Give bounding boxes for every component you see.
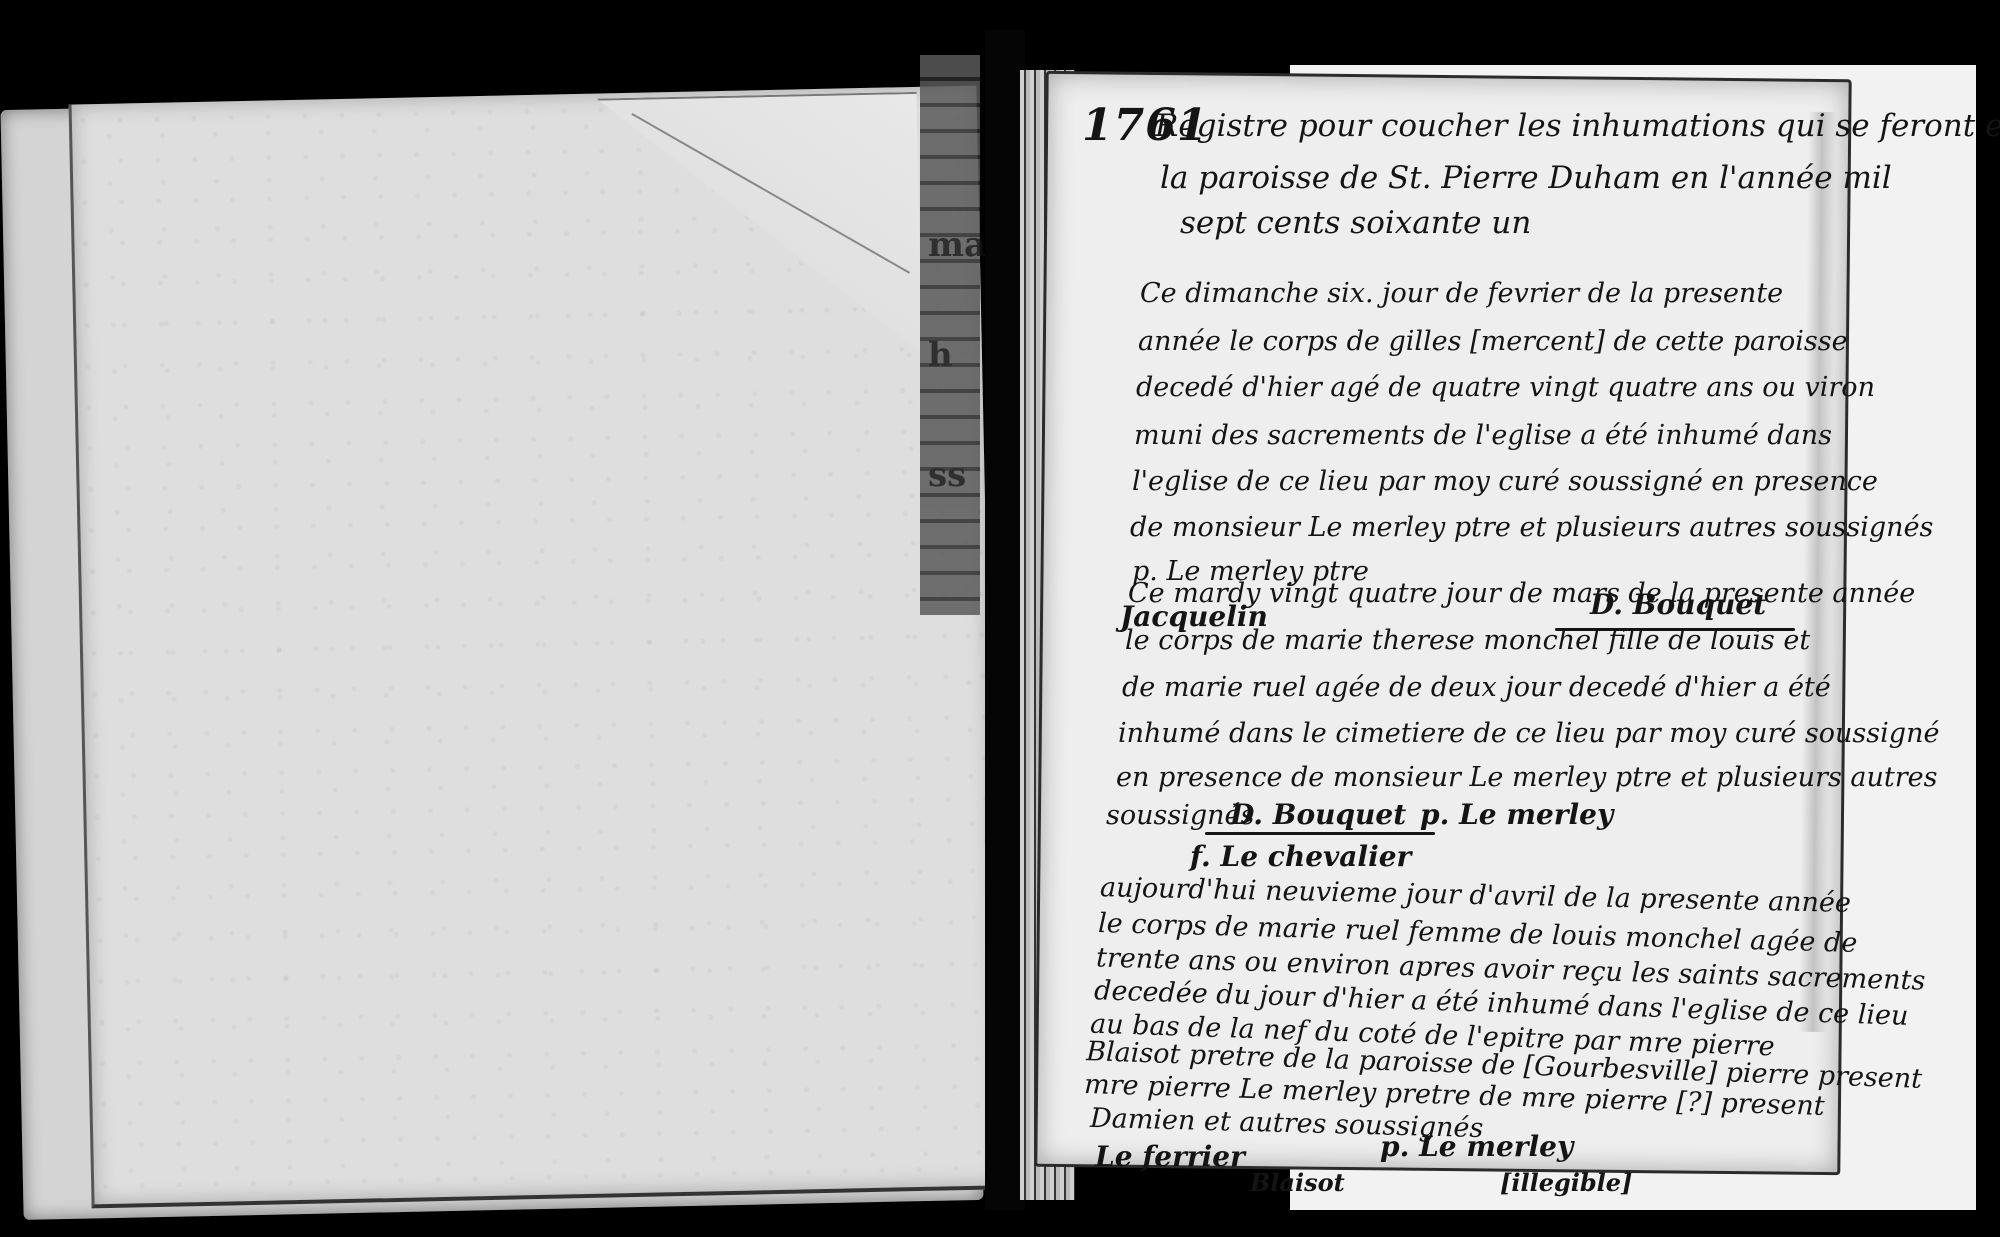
scan-image: ma h ss 1761 Registre pour coucher les i…: [0, 0, 2000, 1237]
signature: D. Bouquet: [1230, 798, 1406, 831]
left-page-blank: [69, 86, 1000, 1209]
entry-line: de marie ruel agée de deux jour decedé d…: [1122, 672, 1831, 703]
folded-corner: [597, 92, 922, 361]
signature: [illegible]: [1500, 1168, 1632, 1197]
entry-line: en presence de monsieur Le merley ptre e…: [1116, 762, 1938, 793]
signature: Le ferrier: [1095, 1140, 1245, 1173]
register-heading-line: sept cents soixante un: [1180, 205, 1531, 241]
entry-line: l'eglise de ce lieu par moy curé soussig…: [1132, 466, 1878, 497]
entry-line: de monsieur Le merley ptre et plusieurs …: [1130, 512, 1933, 543]
fragment-letters: ss: [928, 455, 966, 495]
signature: Blaisot: [1250, 1168, 1345, 1197]
book-spine: [985, 30, 1025, 1210]
signature-flourish: [1205, 832, 1435, 835]
signature: p. Le merley: [1380, 1130, 1573, 1163]
entry-line: decedé d'hier agé de quatre vingt quatre…: [1136, 372, 1875, 403]
entry-line: Ce mardy vingt quatre jour de mars de la…: [1128, 578, 1915, 609]
entry-line: inhumé dans le cimetiere de ce lieu par …: [1118, 718, 1939, 749]
entry-line: muni des sacrements de l'eglise a été in…: [1134, 420, 1832, 451]
register-heading-line: Registre pour coucher les inhumations qu…: [1155, 108, 2000, 144]
fragment-letters: h: [928, 335, 953, 375]
fragment-letters: ma: [928, 225, 986, 265]
entry-line: le corps de marie therese monchel fille …: [1125, 625, 1810, 656]
binding-waste-fragment: ma h ss: [920, 55, 980, 615]
signature: p. Le merley: [1420, 798, 1613, 831]
signature: f. Le chevalier: [1190, 840, 1411, 873]
entry-line: Ce dimanche six. jour de fevrier de la p…: [1140, 278, 1783, 309]
entry-line: année le corps de gilles [mercent] de ce…: [1138, 326, 1848, 357]
register-heading-line: la paroisse de St. Pierre Duham en l'ann…: [1160, 160, 1892, 196]
